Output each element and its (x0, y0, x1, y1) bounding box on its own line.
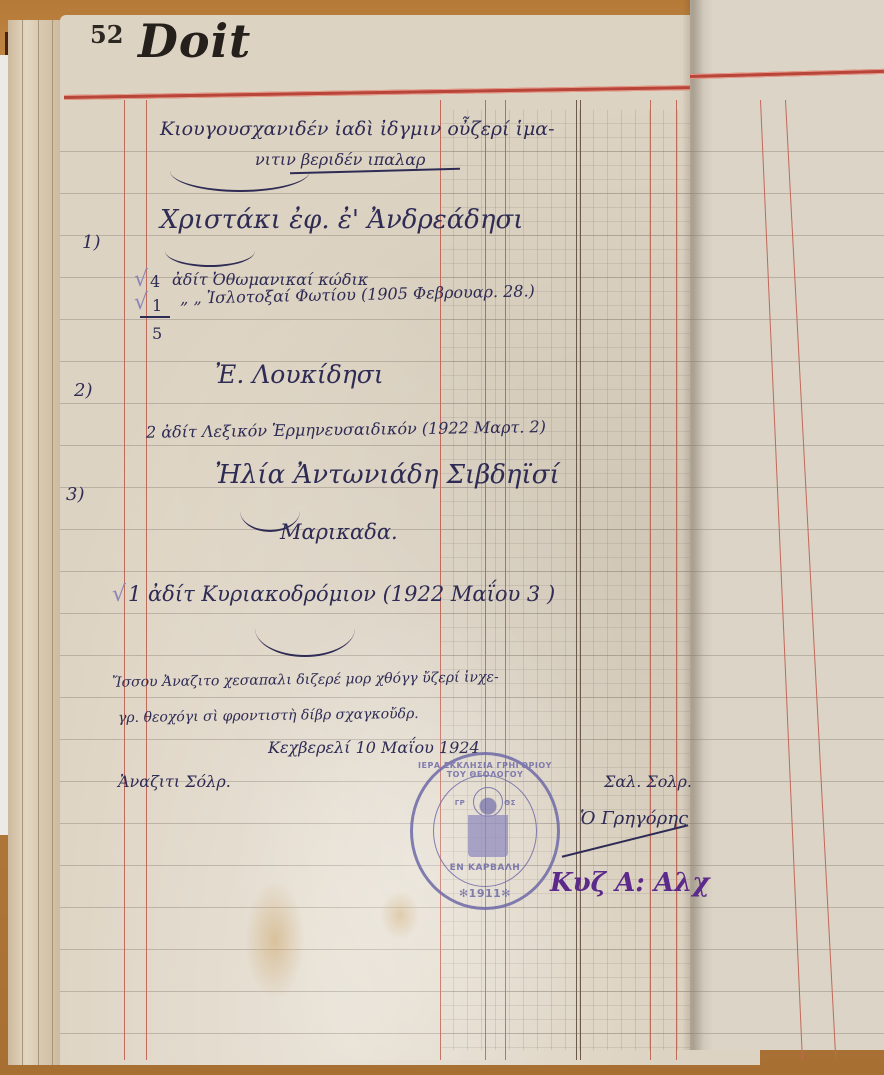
column-rule (146, 100, 147, 1060)
stamp-icon-letters-right: ΘΣ (463, 799, 557, 807)
entry-3-name-line-2: Μαρικαδα. (280, 520, 398, 544)
entry-1-name: Χριστάκι ἐφ. ἐ' Ἀνδρεάδησι (160, 205, 523, 235)
stamp-place-text: ΕΝ ΚΑΡΒΑΛΗ (413, 863, 557, 873)
church-stamp: ΙΕΡΑ ΕΚΚΛΗΣΙΑ ΓΡΗΓΟΡΙΟΥ ΤΟΥ ΘΕΟΛΟΓΟΥ ΓΡ … (410, 752, 560, 910)
entry-1-line-1-qty: 4 (150, 272, 160, 291)
page-edge (38, 20, 39, 1065)
name-flourish (240, 490, 300, 532)
check-mark: √ (134, 290, 148, 315)
entry-number-2: 2) (74, 380, 92, 401)
check-mark: √ (134, 267, 148, 292)
entry-number-1: 1) (82, 232, 100, 253)
page-edge (22, 20, 23, 1065)
heading-line-1: Κιουγουσχανιδέν ἰαδὶ ἰδγμιν οὖζερί ἱμα- (160, 118, 555, 140)
name-flourish (255, 600, 355, 657)
check-mark: √ (112, 582, 126, 607)
column-rule (440, 100, 441, 1060)
stamp-year: ✻1911✻ (413, 887, 557, 900)
column-rule (650, 100, 651, 1060)
purple-signature: Κυζ Α: Αλχ (550, 868, 709, 898)
entry-3-name: Ἠλία Ἀντωνιάδη Σιβδηϊσί (215, 460, 560, 490)
column-rule (676, 100, 677, 1060)
water-stain (245, 880, 305, 1000)
column-rule (505, 100, 506, 1060)
right-signature: Ὁ Γρηγόρης (580, 808, 688, 829)
place-and-date: Κεχβερελί 10 Μαΐου 1924 (268, 738, 480, 757)
entry-1-total: 5 (152, 324, 162, 343)
heading-flourish (170, 150, 310, 192)
name-flourish (165, 235, 255, 267)
entry-number-3: 3) (66, 484, 84, 505)
entry-1-line-2-qty: 1 (152, 296, 162, 315)
column-rule (124, 100, 125, 1060)
stamp-ring-text: ΙΕΡΑ ΕΚΚΛΗΣΙΑ ΓΡΗΓΟΡΙΟΥ ΤΟΥ ΘΕΟΛΟΓΟΥ (413, 761, 557, 779)
column-rule (485, 100, 486, 1060)
sum-line (140, 316, 170, 318)
left-signature: Ἀναζιτι Σόλρ. (118, 772, 231, 791)
page-number: 52 (90, 20, 123, 49)
page-edge (52, 20, 53, 1065)
column-heading-doit: Doit (138, 14, 251, 68)
right-signature-title: Σαλ. Σολρ. (604, 772, 692, 791)
entry-2-name: Ἐ. Λουκίδησι (215, 360, 384, 389)
column-rule-double (576, 100, 577, 1060)
